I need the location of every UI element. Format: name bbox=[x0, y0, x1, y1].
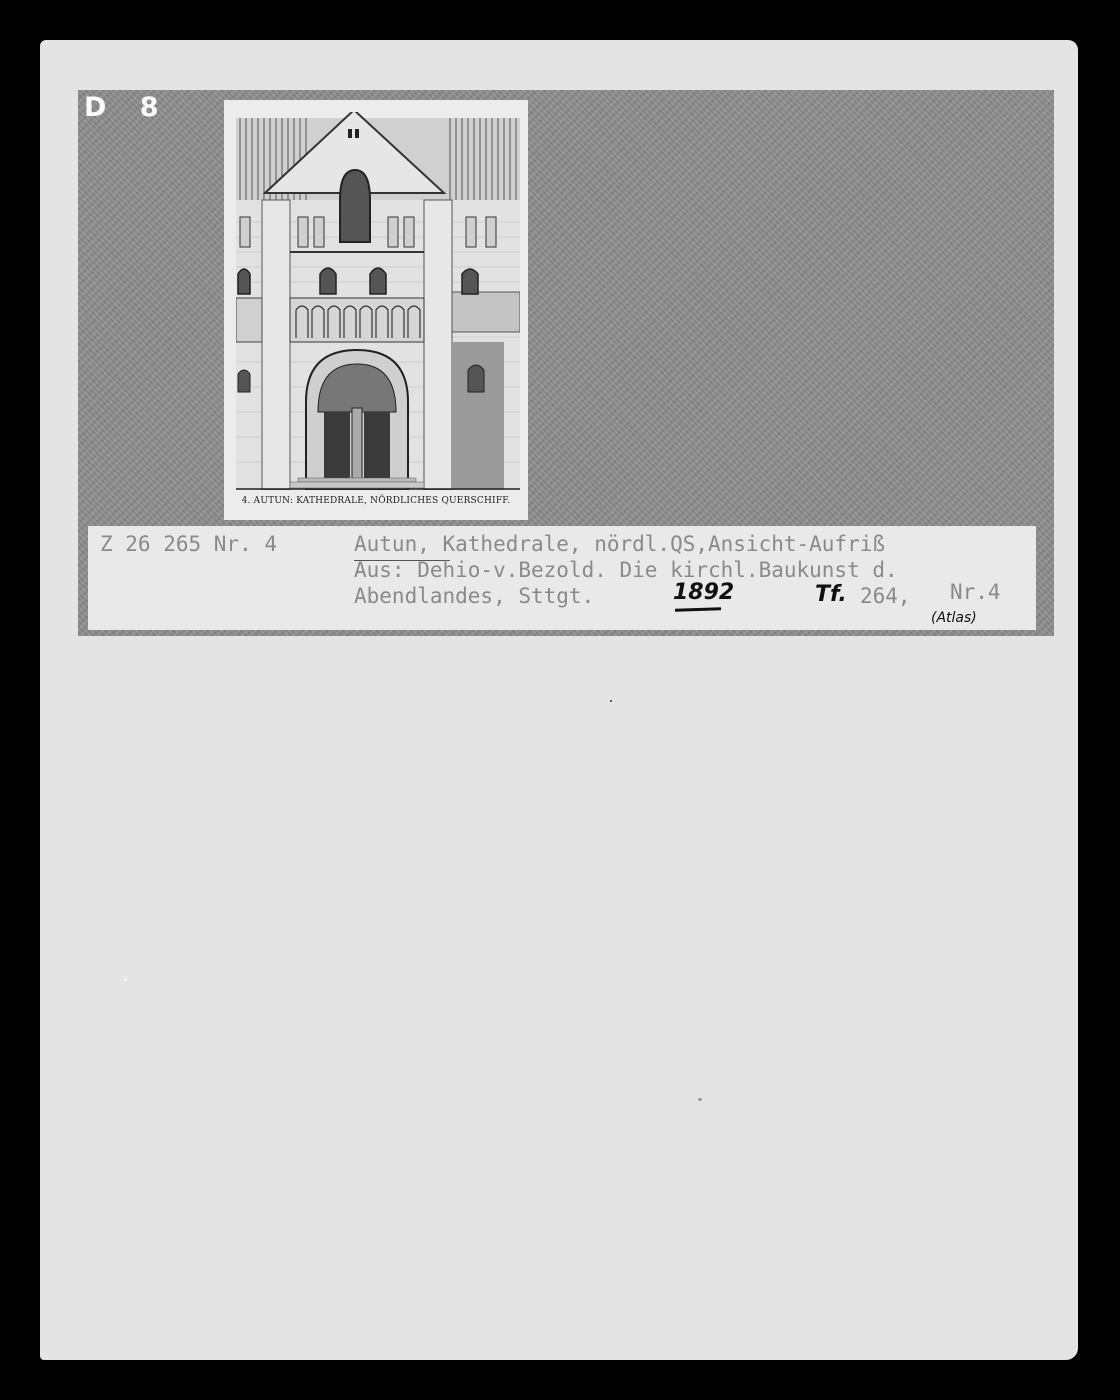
handwritten-atlas-note: (Atlas) bbox=[931, 610, 977, 626]
reference-number: Z 26 265 Nr. 4 bbox=[100, 532, 277, 556]
source-line: Aus: Dehio-v.Bezold. Die kirchl.Baukunst… bbox=[354, 558, 898, 582]
source-line-continued: Abendlandes, Sttgt. bbox=[354, 584, 594, 608]
mounted-photo: 4. AUTUN: KATHEDRALE, NÖRDLICHES QUERSCH… bbox=[224, 100, 528, 520]
dust-speck bbox=[610, 700, 612, 702]
archive-card: D 8 bbox=[40, 40, 1078, 1360]
title-line: Autun, Kathedrale, nördl.QS,Ansicht-Aufr… bbox=[354, 532, 885, 556]
cathedral-elevation-drawing bbox=[236, 112, 520, 490]
corner-mark: D 8 bbox=[84, 92, 171, 123]
plate-number: 264, bbox=[860, 584, 911, 608]
year-underline bbox=[675, 607, 721, 612]
handwritten-plate-abbrev: Tf. bbox=[815, 582, 847, 607]
photo-caption: 4. AUTUN: KATHEDRALE, NÖRDLICHES QUERSCH… bbox=[224, 496, 528, 506]
handwritten-year: 1892 bbox=[673, 580, 734, 605]
number-ref: Nr.4 bbox=[950, 580, 1001, 604]
catalog-label: Z 26 265 Nr. 4 Autun, Kathedrale, nördl.… bbox=[88, 526, 1036, 630]
dust-speck bbox=[124, 978, 127, 981]
dust-speck bbox=[698, 1098, 702, 1101]
